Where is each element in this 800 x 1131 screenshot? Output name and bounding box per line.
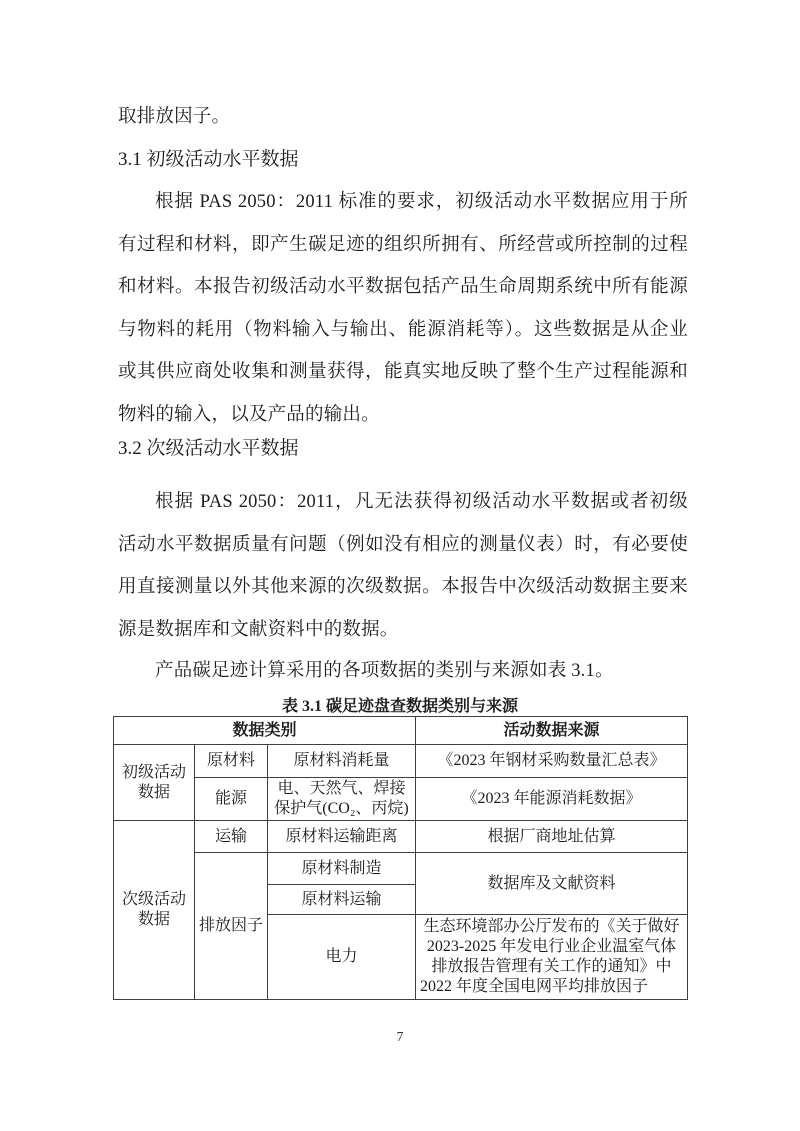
section-heading-3-1: 3.1 初级活动水平数据 bbox=[118, 139, 688, 182]
document-page: 取排放因子。 3.1 初级活动水平数据 根据 PAS 2050：2011 标准的… bbox=[0, 0, 800, 1131]
body-line: 根据 PAS 2050：2011，凡无法获得初级活动水平数据或者初级 bbox=[118, 481, 688, 524]
table-row: 排放因子 原材料制造 数据库及文献资料 bbox=[114, 853, 688, 885]
page-number: 7 bbox=[0, 1030, 800, 1046]
header-cell-category: 数据类别 bbox=[114, 717, 416, 745]
paragraph-continuation: 取排放因子。 bbox=[118, 96, 688, 139]
cell-type-emission-factor: 排放因子 bbox=[195, 853, 268, 1000]
body-line: 源是数据库和文献资料中的数据。 bbox=[118, 609, 688, 652]
body-line: 产品碳足迹计算采用的各项数据的类别与来源如表 3.1。 bbox=[118, 650, 688, 693]
body-line: 和材料。本报告初级活动水平数据包括产品生命周期系统中所有能源 bbox=[118, 266, 688, 309]
cell-source: 数据库及文献资料 bbox=[416, 853, 688, 915]
body-line: 有过程和材料，即产生碳足迹的组织所拥有、所经营或所控制的过程 bbox=[118, 224, 688, 267]
cell-item: 原材料运输 bbox=[268, 885, 416, 915]
cell-primary-group: 初级活动数据 bbox=[114, 745, 195, 821]
cell-type: 能源 bbox=[195, 778, 268, 821]
body-line: 取排放因子。 bbox=[118, 96, 688, 139]
cell-type: 运输 bbox=[195, 821, 268, 853]
cell-secondary-group: 次级活动数据 bbox=[114, 821, 195, 1000]
cell-item: 原材料运输距离 bbox=[268, 821, 416, 853]
header-cell-source: 活动数据来源 bbox=[416, 717, 688, 745]
section-3-2: 3.2 次级活动水平数据 bbox=[118, 428, 688, 471]
cell-item: 电力 bbox=[268, 915, 416, 1000]
body-line: 活动水平数据质量有问题（例如没有相应的测量仪表）时，有必要使 bbox=[118, 524, 688, 567]
table-header-row: 数据类别 活动数据来源 bbox=[114, 717, 688, 745]
table-caption: 表 3.1 碳足迹盘查数据类别与来源 bbox=[113, 693, 687, 716]
table-row: 初级活动数据 原材料 原材料消耗量 《2023 年钢材采购数量汇总表》 bbox=[114, 745, 688, 778]
paragraph-3-2: 根据 PAS 2050：2011，凡无法获得初级活动水平数据或者初级 活动水平数… bbox=[118, 481, 688, 651]
cell-type: 原材料 bbox=[195, 745, 268, 778]
cell-item: 原材料消耗量 bbox=[268, 745, 416, 778]
cell-item: 电、天然气、焊接保护气(CO₂、丙烷) bbox=[268, 778, 416, 821]
table-row: 次级活动数据 运输 原材料运输距离 根据厂商地址估算 bbox=[114, 821, 688, 853]
cell-item: 原材料制造 bbox=[268, 853, 416, 885]
section-heading-3-2: 3.2 次级活动水平数据 bbox=[118, 428, 688, 471]
cell-source: 《2023 年钢材采购数量汇总表》 bbox=[416, 745, 688, 778]
body-line: 或其供应商处收集和测量获得，能真实地反映了整个生产过程能源和 bbox=[118, 351, 688, 394]
paragraph-3-1: 根据 PAS 2050：2011 标准的要求，初级活动水平数据应用于所 有过程和… bbox=[118, 181, 688, 436]
cell-source-electricity: 生态环境部办公厅发布的《关于做好 2023-2025 年发电行业企业温室气体排放… bbox=[416, 915, 688, 1000]
section-3-1: 3.1 初级活动水平数据 bbox=[118, 139, 688, 182]
table-row: 能源 电、天然气、焊接保护气(CO₂、丙烷) 《2023 年能源消耗数据》 bbox=[114, 778, 688, 821]
table-lead-line: 产品碳足迹计算采用的各项数据的类别与来源如表 3.1。 bbox=[118, 650, 688, 693]
cell-source: 根据厂商地址估算 bbox=[416, 821, 688, 853]
body-line: 与物料的耗用（物料输入与输出、能源消耗等）。这些数据是从企业 bbox=[118, 309, 688, 352]
data-source-table: 数据类别 活动数据来源 初级活动数据 原材料 原材料消耗量 《2023 年钢材采… bbox=[113, 716, 688, 1000]
cell-source: 《2023 年能源消耗数据》 bbox=[416, 778, 688, 821]
body-line: 用直接测量以外其他来源的次级数据。本报告中次级活动数据主要来 bbox=[118, 566, 688, 609]
body-line: 根据 PAS 2050：2011 标准的要求，初级活动水平数据应用于所 bbox=[118, 181, 688, 224]
